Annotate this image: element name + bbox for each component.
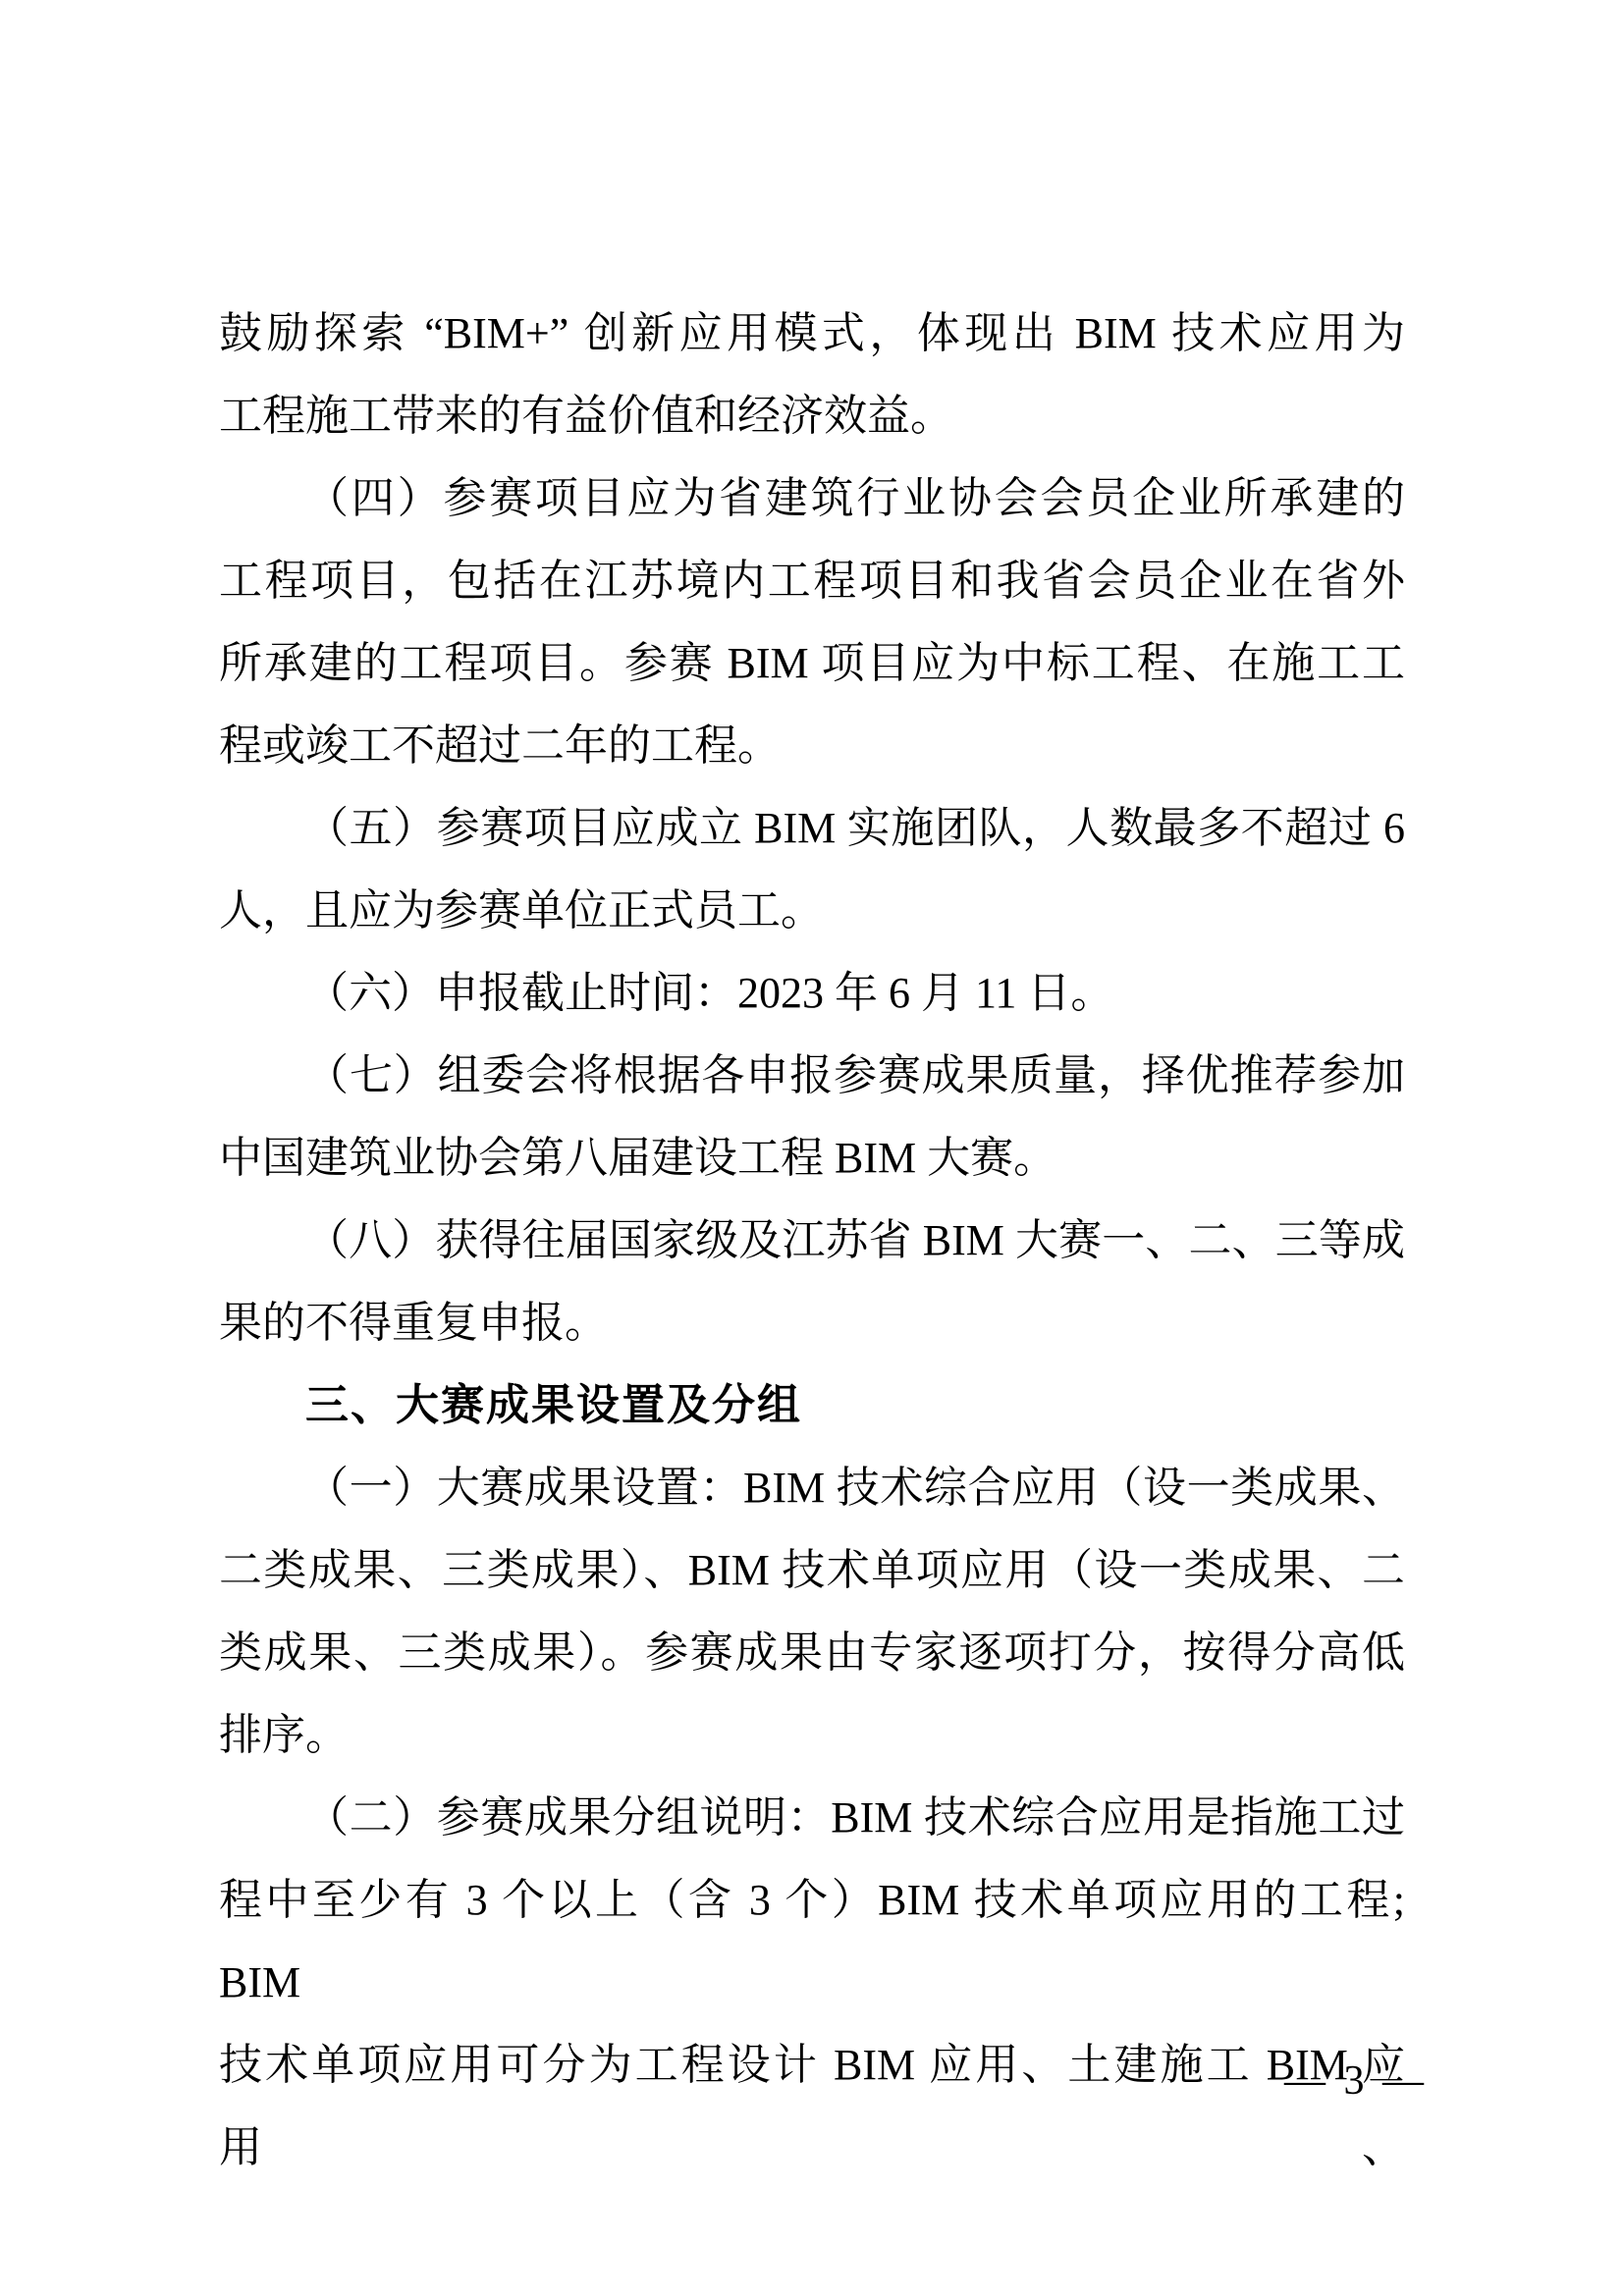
section-heading: 三、大赛成果设置及分组 — [219, 1364, 1405, 1447]
text-line: 人，且应为参赛单位正式员工。 — [219, 870, 1405, 952]
text-line: （二）参赛成果分组说明：BIM 技术综合应用是指施工过 — [219, 1777, 1405, 1859]
document-page: 鼓励探索 “BIM+” 创新应用模式，体现出 BIM 技术应用为 工程施工带来的… — [0, 0, 1623, 2296]
text-line: （一）大赛成果设置：BIM 技术综合应用（设一类成果、 — [219, 1447, 1405, 1529]
document-body: 鼓励探索 “BIM+” 创新应用模式，体现出 BIM 技术应用为 工程施工带来的… — [219, 293, 1405, 2189]
page-number: — 3 — — [1284, 2057, 1428, 2105]
text-line: 中国建筑业协会第八届建设工程 BIM 大赛。 — [219, 1117, 1405, 1200]
text-line: 类成果、三类成果）。参赛成果由专家逐项打分，按得分高低 — [219, 1612, 1405, 1694]
text-line: （六）申报截止时间：2023 年 6 月 11 日。 — [219, 952, 1405, 1035]
text-line: 果的不得重复申报。 — [219, 1282, 1405, 1364]
text-line: （七）组委会将根据各申报参赛成果质量，择优推荐参加 — [219, 1035, 1405, 1117]
text-line: 程或竣工不超过二年的工程。 — [219, 705, 1405, 787]
text-line: 二类成果、三类成果）、BIM 技术单项应用（设一类成果、二 — [219, 1529, 1405, 1612]
text-line: 工程施工带来的有益价值和经济效益。 — [219, 375, 1405, 457]
text-line: 鼓励探索 “BIM+” 创新应用模式，体现出 BIM 技术应用为 — [219, 293, 1405, 375]
text-line: 程中至少有 3 个以上（含 3 个）BIM 技术单项应用的工程; BIM — [219, 1859, 1405, 2024]
text-line: （四）参赛项目应为省建筑行业协会会员企业所承建的 — [219, 457, 1405, 540]
text-line: 工程项目，包括在江苏境内工程项目和我省会员企业在省外 — [219, 540, 1405, 622]
text-line: （八）获得往届国家级及江苏省 BIM 大赛一、二、三等成 — [219, 1200, 1405, 1282]
text-line: 技术单项应用可分为工程设计 BIM 应用、土建施工 BIM 应用、 — [219, 2024, 1405, 2189]
text-line: （五）参赛项目应成立 BIM 实施团队，人数最多不超过 6 — [219, 787, 1405, 870]
text-line: 所承建的工程项目。参赛 BIM 项目应为中标工程、在施工工 — [219, 622, 1405, 705]
text-line: 排序。 — [219, 1694, 1405, 1777]
